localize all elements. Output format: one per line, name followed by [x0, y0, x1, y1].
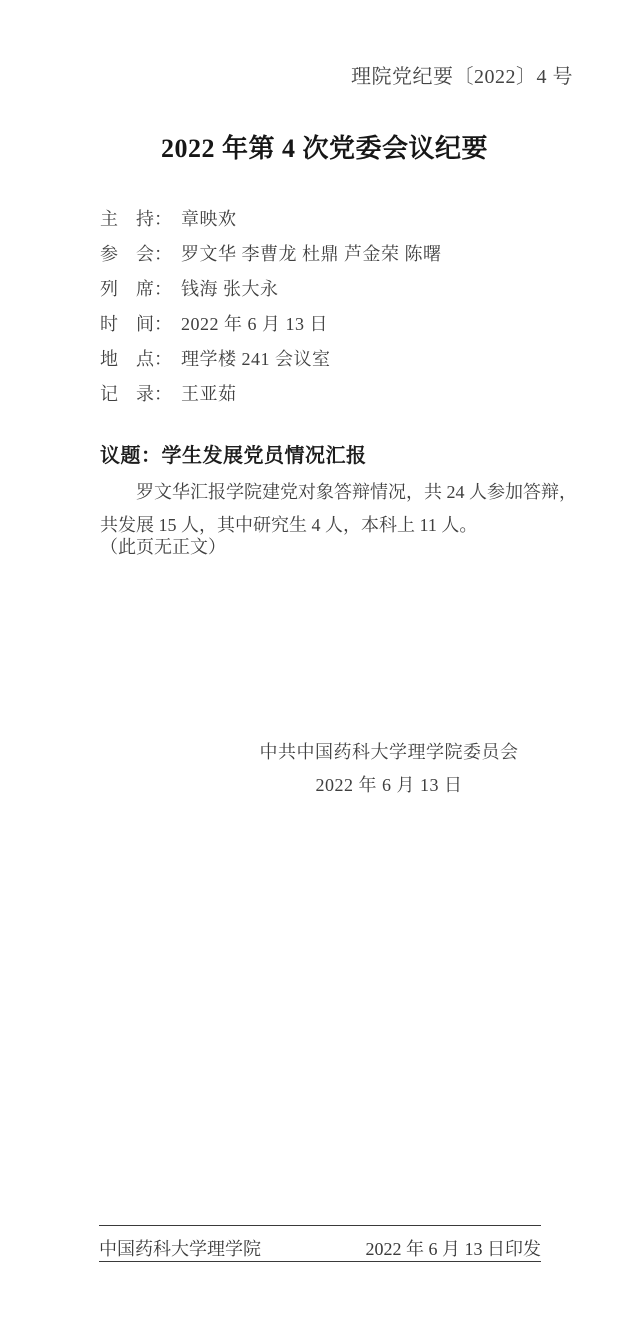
meta-value-time: 2022 年 6 月 13 日: [181, 314, 328, 334]
meta-label-attendees: 参 会：: [100, 244, 172, 264]
meta-row-host: 主 持：章映欢: [100, 202, 579, 237]
footer-print-date: 2022 年 6 月 13 日印发: [366, 1239, 542, 1259]
meta-value-recorder: 王亚茹: [181, 384, 237, 404]
meeting-meta-block: 主 持：章映欢 参 会：罗文华 李曹龙 杜鼎 芦金荣 陈曙 列 席：钱海 张大永…: [100, 202, 579, 412]
body-paragraph: 罗文华汇报学院建党对象答辩情况，共 24 人参加答辩， 共发展 15 人，其中研…: [100, 476, 548, 542]
meta-label-host: 主 持：: [100, 209, 172, 229]
doc-number: 理院党纪要〔2022〕4 号: [351, 66, 573, 88]
meta-row-attendees: 参 会：罗文华 李曹龙 杜鼎 芦金荣 陈曙: [100, 237, 579, 272]
paragraph-line-1: 罗文华汇报学院建党对象答辩情况，共 24 人参加答辩，: [100, 476, 548, 509]
footer-issuer: 中国药科大学理学院: [99, 1239, 261, 1259]
meta-row-observers: 列 席：钱海 张大永: [100, 272, 579, 307]
topic-heading: 议题：学生发展党员情况汇报: [100, 444, 579, 468]
footer-rule-block: 中国药科大学理学院 2022 年 6 月 13 日印发: [99, 1225, 541, 1262]
footer-row: 中国药科大学理学院 2022 年 6 月 13 日印发: [99, 1226, 541, 1262]
no-text-note: （此页无正文）: [100, 537, 226, 558]
meta-value-host: 章映欢: [181, 209, 237, 229]
meta-label-location: 地 点：: [100, 349, 172, 369]
signature-block: 中共中国药科大学理学院委员会 2022 年 6 月 13 日: [139, 736, 639, 802]
meta-label-time: 时 间：: [100, 314, 172, 334]
meta-row-location: 地 点：理学楼 241 会议室: [100, 342, 579, 377]
meta-label-observers: 列 席：: [100, 279, 172, 299]
meta-row-recorder: 记 录：王亚茹: [100, 377, 579, 412]
signature-date: 2022 年 6 月 13 日: [139, 769, 639, 802]
meta-label-recorder: 记 录：: [100, 384, 172, 404]
document-page: 理院党纪要〔2022〕4 号 2022 年第 4 次党委会议纪要 主 持：章映欢…: [0, 0, 639, 1324]
signature-organization: 中共中国药科大学理学院委员会: [139, 736, 639, 769]
meta-value-observers: 钱海 张大永: [181, 279, 279, 299]
meta-value-location: 理学楼 241 会议室: [181, 349, 331, 369]
meta-value-attendees: 罗文华 李曹龙 杜鼎 芦金荣 陈曙: [181, 244, 442, 264]
meta-row-time: 时 间：2022 年 6 月 13 日: [100, 307, 579, 342]
document-title: 2022 年第 4 次党委会议纪要: [0, 133, 639, 165]
